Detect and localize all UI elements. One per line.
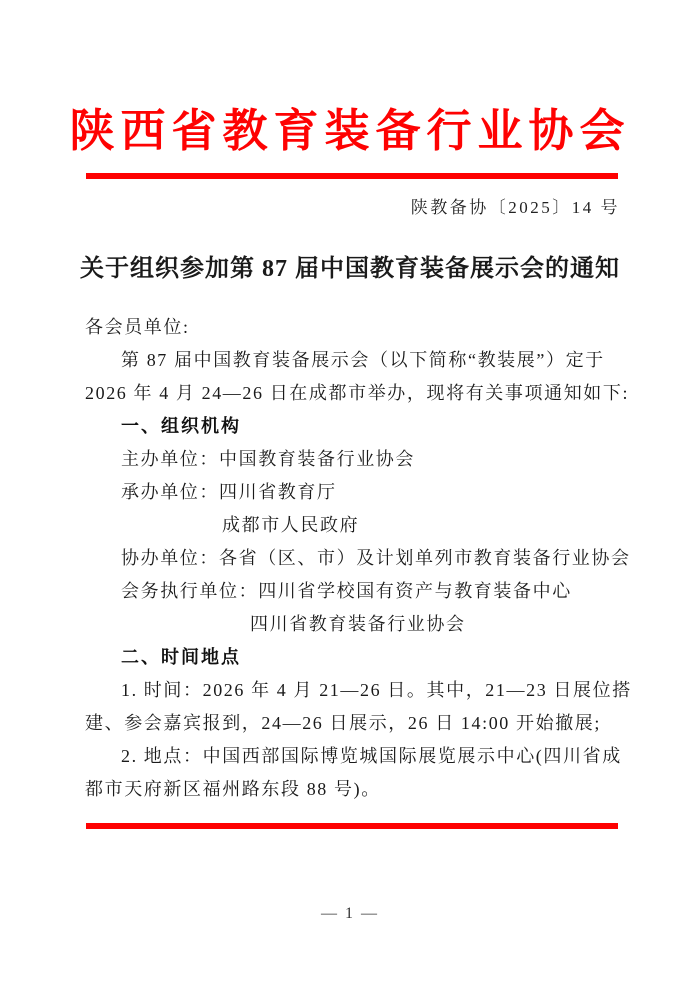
document-body: 各会员单位: 第 87 届中国教育装备展示会（以下简称“教装展”）定于 2026… <box>85 311 620 806</box>
salutation: 各会员单位: <box>85 311 620 344</box>
body-line: 协办单位：各省（区、市）及计划单列市教育装备行业协会 <box>85 542 620 575</box>
body-line: 都市天府新区福州路东段 88 号)。 <box>85 773 620 806</box>
section-heading-2: 二、时间地点 <box>85 641 620 674</box>
letterhead-org-title: 陕西省教育装备行业协会 <box>0 94 700 159</box>
document-page: 陕西省教育装备行业协会 陕教备协〔2025〕14 号 关于组织参加第 87 届中… <box>0 0 700 990</box>
notice-title: 关于组织参加第 87 届中国教育装备展示会的通知 <box>0 248 700 283</box>
body-line: 2. 地点：中国西部国际博览城国际展览展示中心(四川省成 <box>85 740 620 773</box>
footer-red-rule <box>86 823 618 829</box>
body-line: 成都市人民政府 <box>85 509 620 542</box>
body-line: 会务执行单位：四川省学校国有资产与教育装备中心 <box>85 575 620 608</box>
body-line: 四川省教育装备行业协会 <box>85 608 620 641</box>
body-line: 承办单位：四川省教育厅 <box>85 476 620 509</box>
body-line: 建、参会嘉宾报到，24—26 日展示，26 日 14:00 开始撤展; <box>85 707 620 740</box>
body-line: 主办单位：中国教育装备行业协会 <box>85 443 620 476</box>
body-line: 第 87 届中国教育装备展示会（以下简称“教装展”）定于 <box>85 344 620 377</box>
body-line: 2026 年 4 月 24—26 日在成都市举办，现将有关事项通知如下: <box>85 377 620 410</box>
section-heading-1: 一、组织机构 <box>85 410 620 443</box>
document-number: 陕教备协〔2025〕14 号 <box>411 193 620 218</box>
body-line: 1. 时间：2026 年 4 月 21—26 日。其中，21—23 日展位搭 <box>85 674 620 707</box>
header-red-rule <box>86 173 618 179</box>
page-number: — 1 — <box>0 905 700 923</box>
